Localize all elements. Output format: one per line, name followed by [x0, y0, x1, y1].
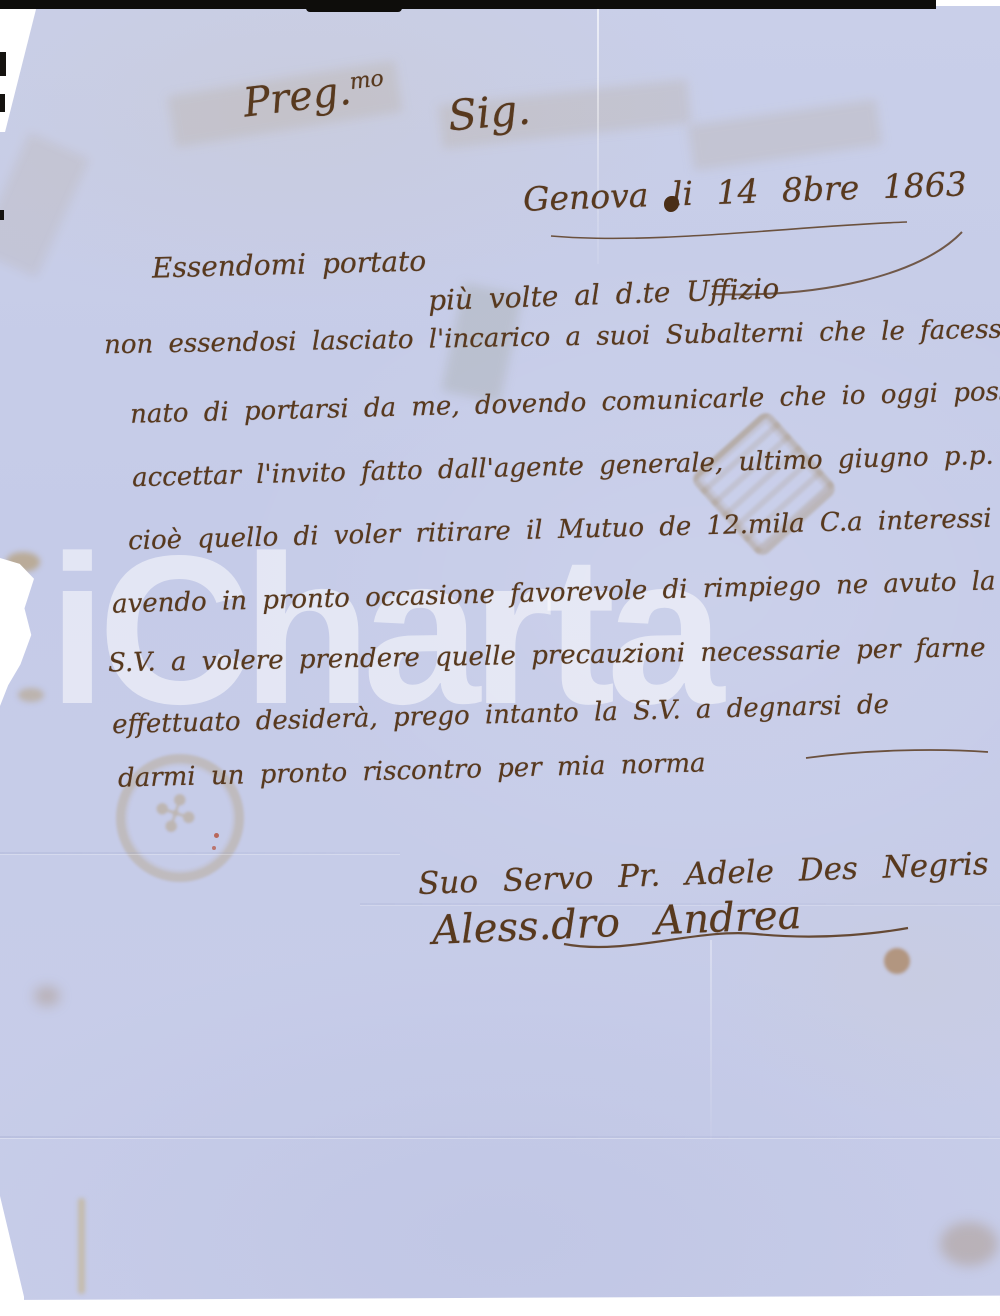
- scan-background-bottom: [0, 1296, 1000, 1316]
- brown-stain: [78, 1198, 85, 1294]
- scanner-edge-speck: [0, 210, 4, 220]
- fold-crease: [0, 1136, 1000, 1138]
- line-end-flourish: [700, 228, 970, 308]
- closing-flourish: [804, 742, 994, 764]
- fold-crease: [0, 852, 400, 854]
- scanner-edge-speck: [0, 52, 6, 76]
- brown-stain: [34, 986, 60, 1006]
- brown-stain: [940, 1222, 998, 1266]
- tear-edge-discoloration: [18, 688, 44, 702]
- fold-crease: [710, 940, 712, 1140]
- salutation-superscript: mo: [348, 66, 385, 95]
- scanner-edge-strip: [0, 0, 936, 9]
- scanner-edge-speck: [0, 94, 5, 112]
- scanner-edge-strip: [306, 0, 402, 12]
- signature-flourish: [556, 912, 916, 956]
- scanned-letter: ✣ iCharta Preg.mo Sig. Genova li 14 8bre…: [0, 0, 1000, 1316]
- salutation-title: Sig.: [446, 85, 532, 141]
